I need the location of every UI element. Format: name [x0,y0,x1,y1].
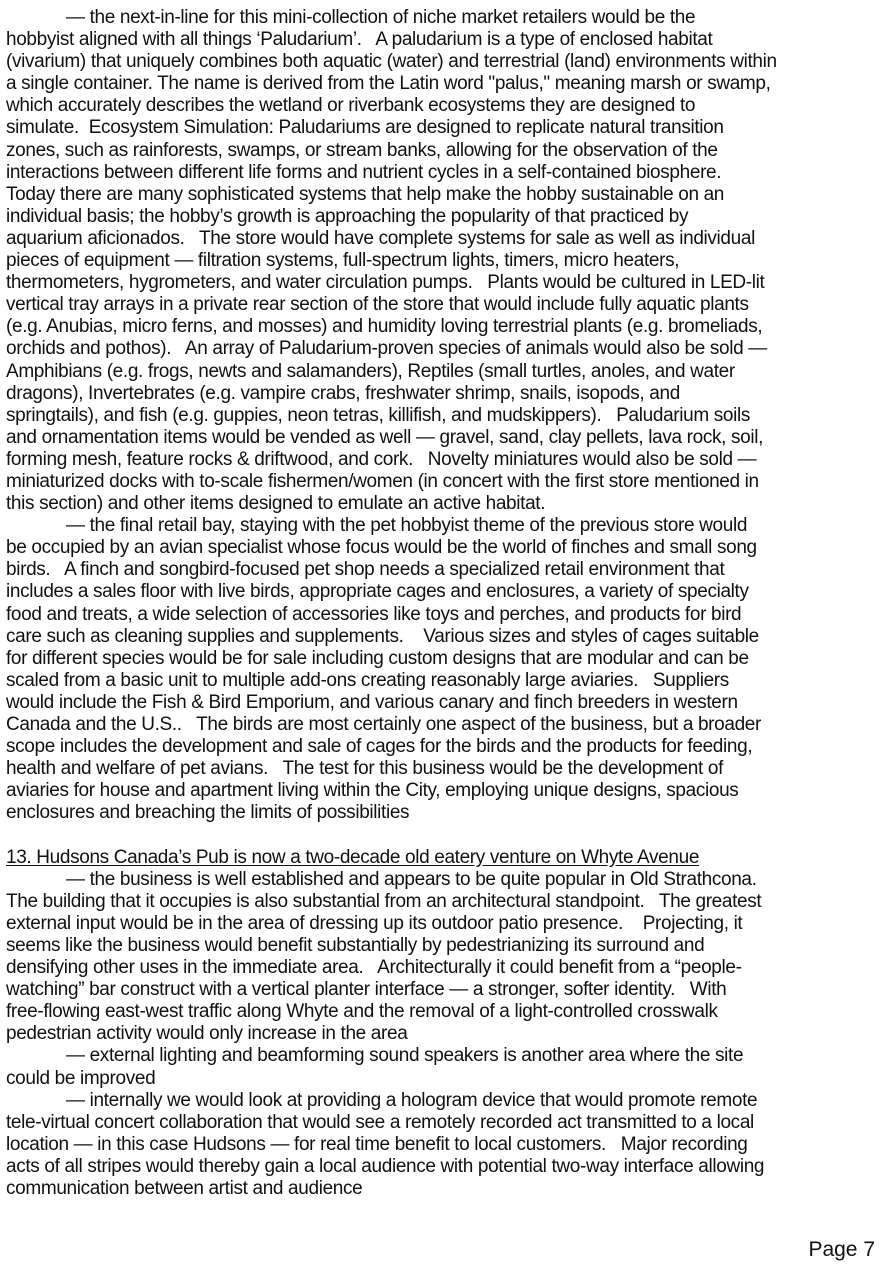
text-line: care such as cleaning supplies and suppl… [6,626,886,648]
paragraph-paludarium: — the next-in-line for this mini-collect… [6,7,886,515]
text-line: miniaturized docks with to-scale fisherm… [6,471,886,493]
text-line: (vivarium) that uniquely combines both a… [6,51,886,73]
text-line: springtails), and fish (e.g. guppies, ne… [6,405,886,427]
text-line: free-flowing east-west traffic along Why… [6,1001,886,1023]
text-line: includes a sales floor with live birds, … [6,581,886,603]
page-number: Page 7 [808,1238,875,1262]
text-line: would include the Fish & Bird Emporium, … [6,692,886,714]
text-line: — the final retail bay, staying with the… [6,515,886,537]
text-line: be occupied by an avian specialist whose… [6,537,886,559]
text-line: dragons), Invertebrates (e.g. vampire cr… [6,383,886,405]
text-line: food and treats, a wide selection of acc… [6,604,886,626]
text-line: zones, such as rainforests, swamps, or s… [6,140,886,162]
text-line: (e.g. Anubias, micro ferns, and mosses) … [6,316,886,338]
text-line: — internally we would look at providing … [6,1090,886,1112]
text-line: thermometers, hygrometers, and water cir… [6,272,886,294]
text-line: The building that it occupies is also su… [6,891,886,913]
text-line: tele-virtual concert collaboration that … [6,1112,886,1134]
paragraph-hudsons-hologram: — internally we would look at providing … [6,1090,886,1200]
text-line: communication between artist and audienc… [6,1178,886,1200]
text-line: pieces of equipment — filtration systems… [6,250,886,272]
section-heading-hudsons: 13. Hudsons Canada’s Pub is now a two-de… [6,847,886,869]
text-line: aviaries for house and apartment living … [6,780,886,802]
paragraph-spacer [6,824,886,846]
text-line: hobbyist aligned with all things ‘Paluda… [6,29,886,51]
text-line: Canada and the U.S.. The birds are most … [6,714,886,736]
text-line: location — in this case Hudsons — for re… [6,1134,886,1156]
text-line: Today there are many sophisticated syste… [6,184,886,206]
text-line: pedestrian activity would only increase … [6,1023,886,1045]
text-line: — the business is well established and a… [6,869,886,891]
text-line: enclosures and breaching the limits of p… [6,802,886,824]
text-line: health and welfare of pet avians. The te… [6,758,886,780]
text-line: could be improved [6,1068,886,1090]
document-body: — the next-in-line for this mini-collect… [6,7,886,1200]
text-line: acts of all stripes would thereby gain a… [6,1156,886,1178]
text-line: Amphibians (e.g. frogs, newts and salama… [6,361,886,383]
text-line: vertical tray arrays in a private rear s… [6,294,886,316]
text-line: a single container. The name is derived … [6,73,886,95]
text-line: scaled from a basic unit to multiple add… [6,670,886,692]
text-line: and ornamentation items would be vended … [6,427,886,449]
text-line: this section) and other items designed t… [6,493,886,515]
paragraph-hudsons-lighting: — external lighting and beamforming soun… [6,1045,886,1089]
text-line: densifying other uses in the immediate a… [6,957,886,979]
text-line: — the next-in-line for this mini-collect… [6,7,886,29]
text-line: orchids and pothos). An array of Paludar… [6,338,886,360]
text-line: forming mesh, feature rocks & driftwood,… [6,449,886,471]
text-line: for different species would be for sale … [6,648,886,670]
text-line: interactions between different life form… [6,162,886,184]
text-line: external input would be in the area of d… [6,913,886,935]
text-line: — external lighting and beamforming soun… [6,1045,886,1067]
text-line: scope includes the development and sale … [6,736,886,758]
text-line: individual basis; the hobby’s growth is … [6,206,886,228]
text-line: watching” bar construct with a vertical … [6,979,886,1001]
text-line: aquarium aficionados. The store would ha… [6,228,886,250]
text-line: which accurately describes the wetland o… [6,95,886,117]
text-line: simulate. Ecosystem Simulation: Paludari… [6,117,886,139]
paragraph-avian-specialist: — the final retail bay, staying with the… [6,515,886,824]
text-line: birds. A finch and songbird-focused pet … [6,559,886,581]
paragraph-hudsons-business: — the business is well established and a… [6,869,886,1046]
text-line: seems like the business would benefit su… [6,935,886,957]
